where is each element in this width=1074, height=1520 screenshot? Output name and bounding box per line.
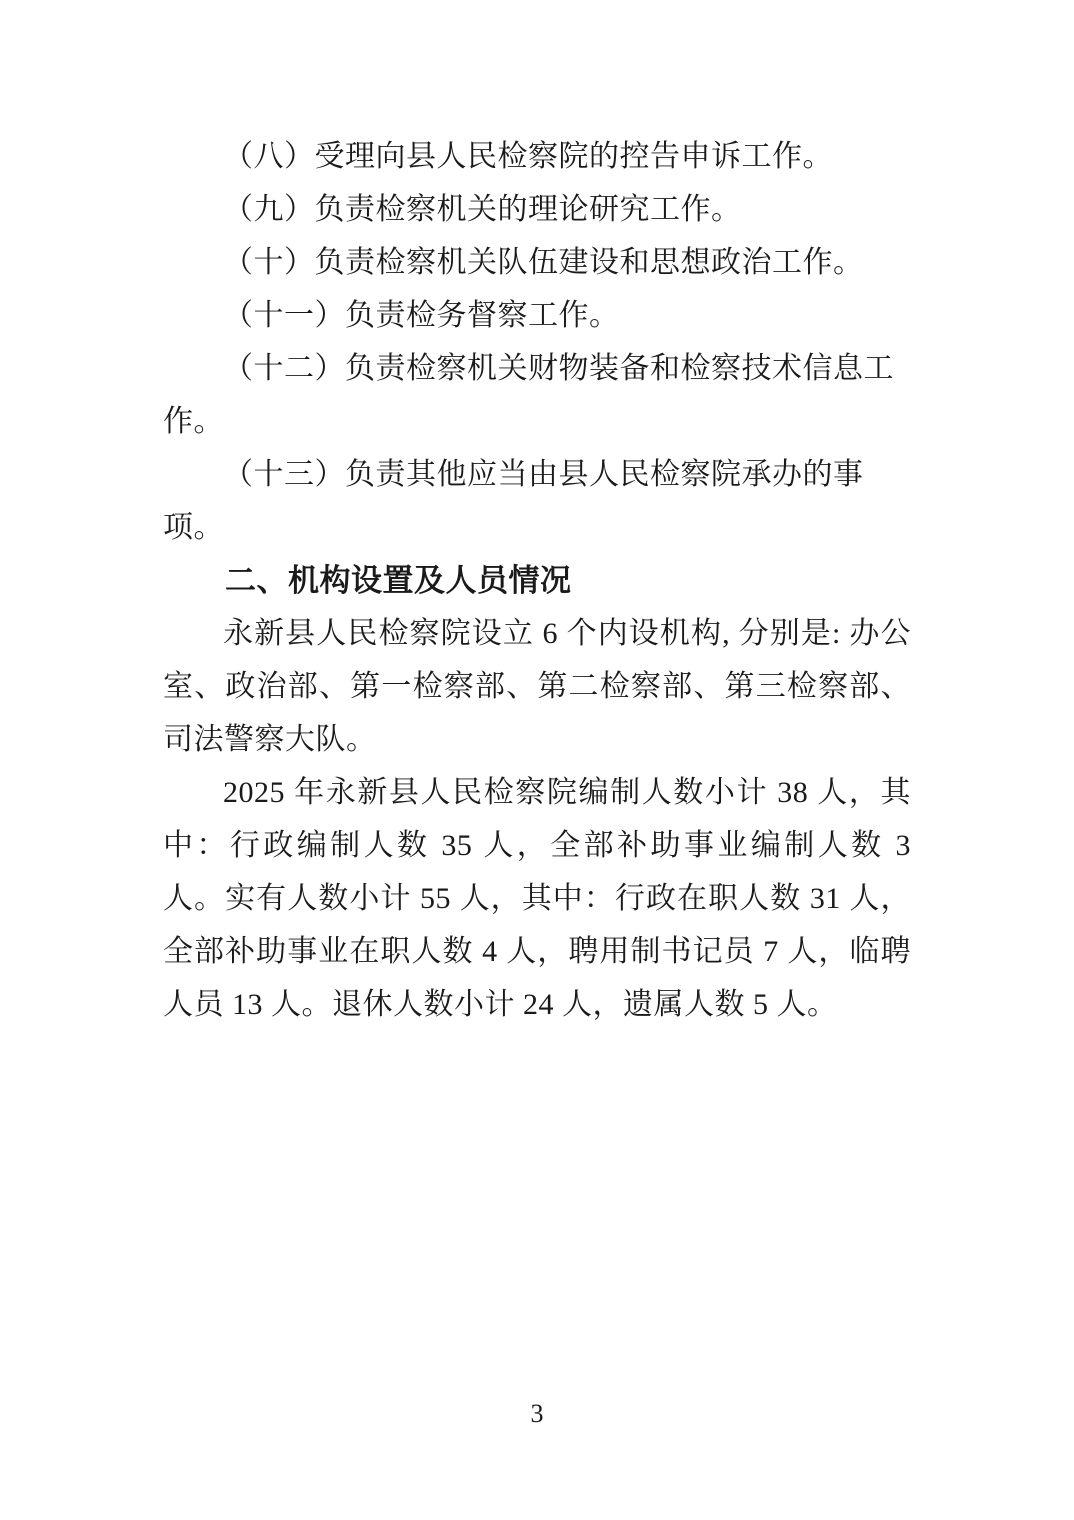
paragraph-internal-organs: 永新县人民检察院设立 6 个内设机构, 分别是: 办公室、政治部、第一检察部、第… bbox=[163, 607, 911, 766]
duty-item-10: （十）负责检察机关队伍建设和思想政治工作。 bbox=[163, 236, 911, 289]
page-number: 3 bbox=[0, 1398, 1074, 1430]
duty-item-11: （十一）负责检务督察工作。 bbox=[163, 289, 911, 342]
duty-item-12: （十二）负责检察机关财物装备和检察技术信息工作。 bbox=[163, 342, 911, 448]
document-body: （八）受理向县人民检察院的控告申诉工作。 （九）负责检察机关的理论研究工作。 （… bbox=[163, 130, 911, 1031]
duty-item-8: （八）受理向县人民检察院的控告申诉工作。 bbox=[163, 130, 911, 183]
duty-item-13: （十三）负责其他应当由县人民检察院承办的事项。 bbox=[163, 448, 911, 554]
duty-item-9: （九）负责检察机关的理论研究工作。 bbox=[163, 183, 911, 236]
section-heading: 二、机构设置及人员情况 bbox=[163, 554, 911, 607]
paragraph-staffing-figures: 2025 年永新县人民检察院编制人数小计 38 人，其中：行政编制人数 35 人… bbox=[163, 766, 911, 1031]
document-page: （八）受理向县人民检察院的控告申诉工作。 （九）负责检察机关的理论研究工作。 （… bbox=[0, 0, 1074, 1520]
